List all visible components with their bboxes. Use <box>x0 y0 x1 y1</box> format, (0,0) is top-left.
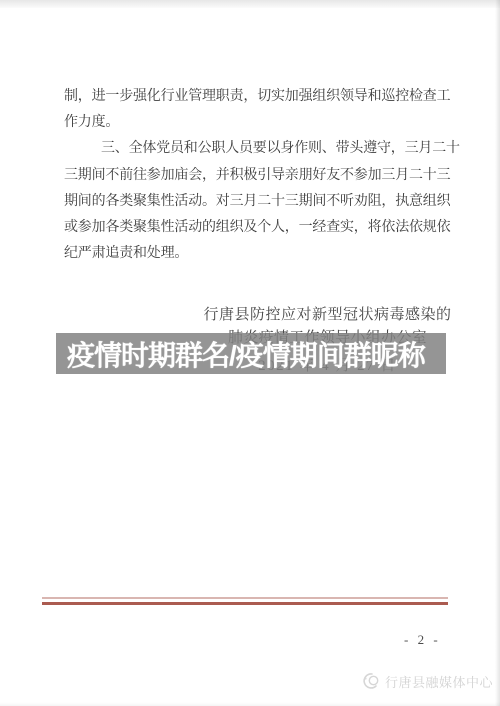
footer-rule-light <box>42 597 448 599</box>
overlay-caption-banner: 疫情时期群名/疫情期间群昵称 <box>56 333 446 374</box>
overlay-caption-text: 疫情时期群名/疫情期间群昵称 <box>56 334 425 374</box>
body-line: 三、全体党员和公职人员要以身作则、带头遵守，三月二十 <box>64 136 452 162</box>
body-line: 期间的各类聚集性活动。对三月二十三期间不听劝阻，执意组织 <box>64 189 452 215</box>
media-watermark: 行唐县融媒体中心 <box>358 671 493 691</box>
body-line: 三期间不前往参加庙会，并积极引导亲朋好友不参加三月二十三 <box>64 163 452 189</box>
page-number: - 2 - <box>404 632 441 648</box>
body-line: 制，进一步强化行业管理职责，切实加强组织领导和巡控检查工 <box>64 84 452 110</box>
media-center-logo-icon <box>358 671 380 691</box>
signature-org-line1: 行唐县防控应对新型冠状病毒感染的 <box>155 303 500 324</box>
document-body: 制，进一步强化行业管理职责，切实加强组织领导和巡控检查工 作力度。 三、全体党员… <box>64 84 452 267</box>
body-line: 纪严肃追责和处理。 <box>64 241 452 267</box>
body-line: 或参加各类聚集性活动的组织及个人，一经查实，将依法依规依 <box>64 215 452 241</box>
scan-edge-bottom <box>0 702 500 706</box>
body-line: 作力度。 <box>64 110 452 136</box>
scan-edge-top <box>0 0 500 8</box>
scanned-document-page: 制，进一步强化行业管理职责，切实加强组织领导和巡控检查工 作力度。 三、全体党员… <box>0 0 500 706</box>
scan-edge-right <box>495 0 500 706</box>
footer-rule-dark <box>42 602 448 605</box>
media-watermark-text: 行唐县融媒体中心 <box>385 672 493 691</box>
